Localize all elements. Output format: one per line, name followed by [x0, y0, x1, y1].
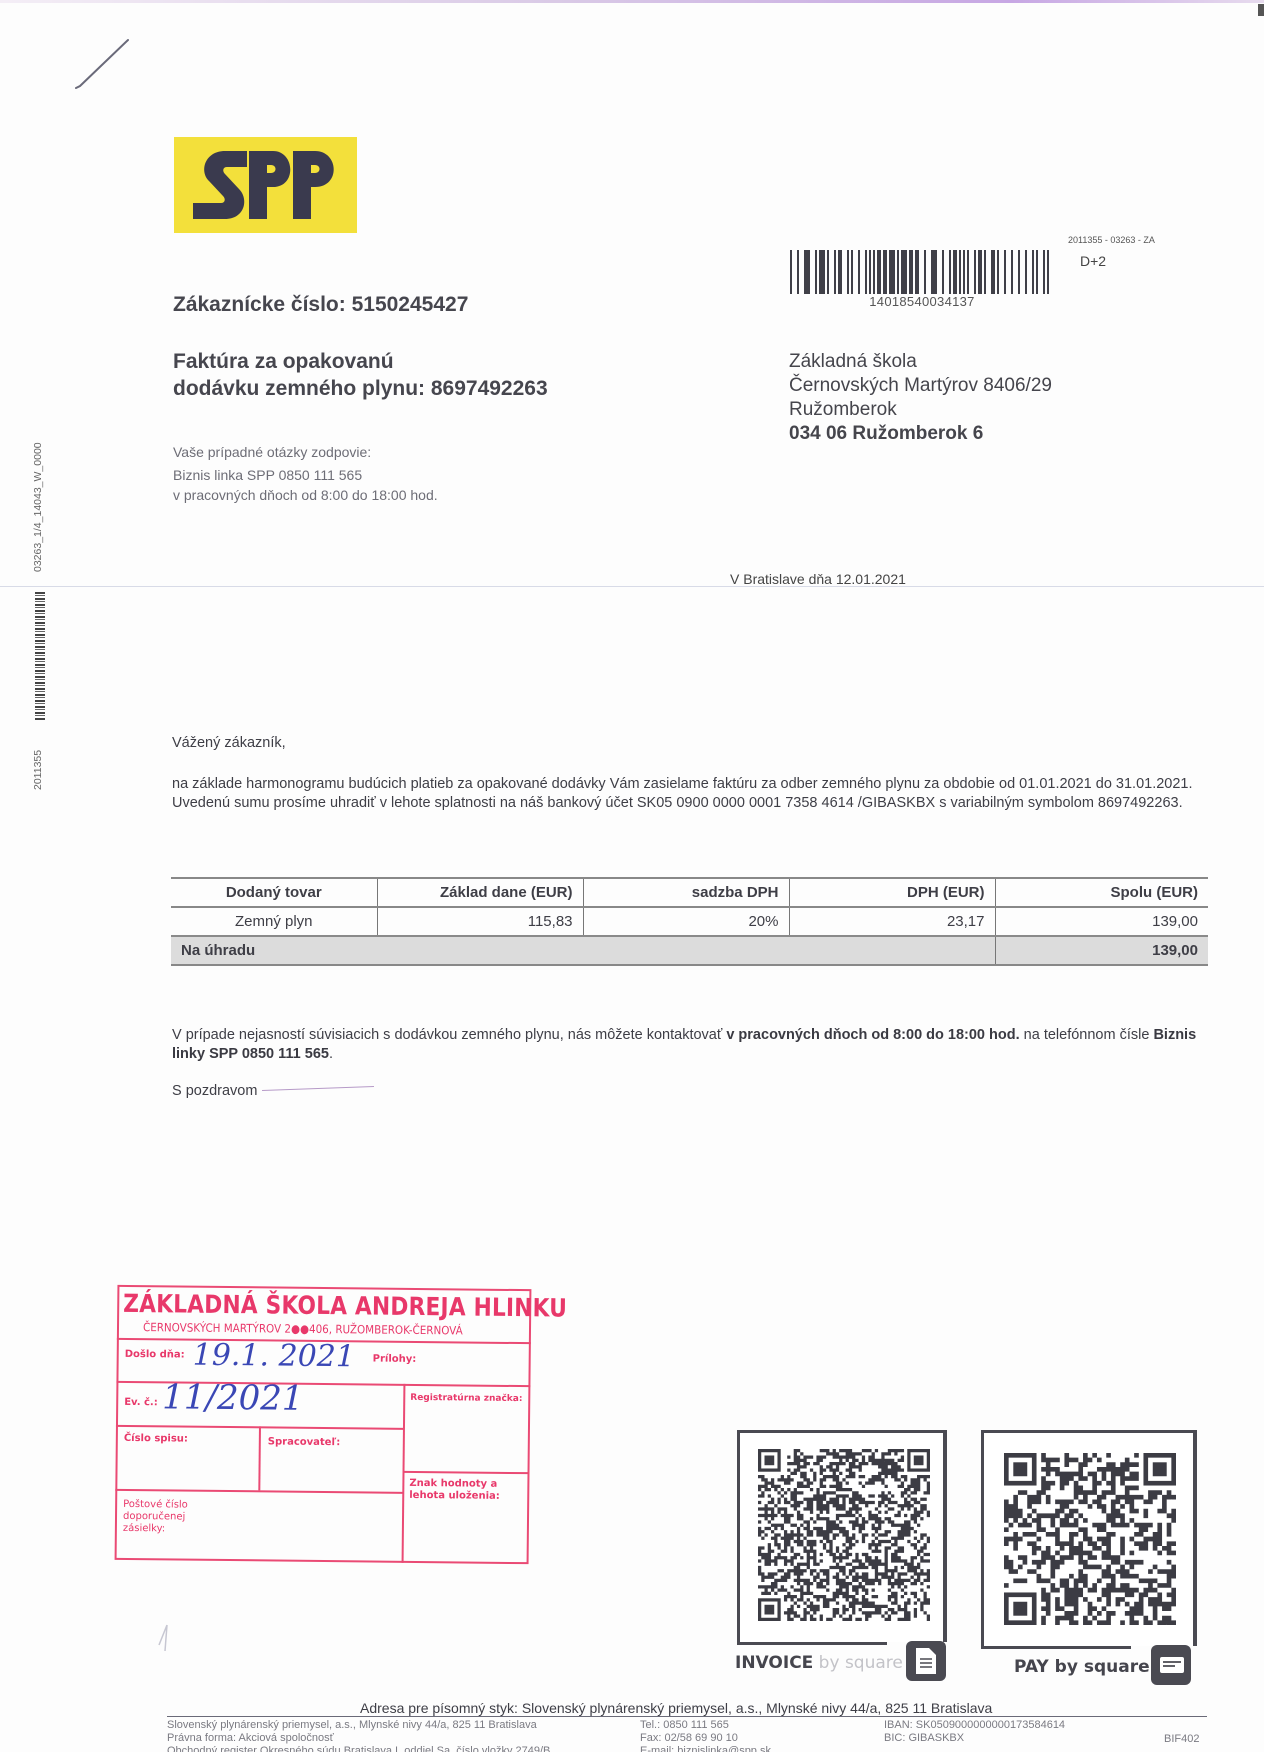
col-header-goods: Dodaný tovar	[171, 878, 377, 907]
footer-company-line: Slovenský plynárenský priemysel, a.s., M…	[167, 1719, 550, 1732]
footer-email: E-mail: biznislinka@spp.sk	[640, 1745, 771, 1752]
footer-bank: IBAN: SK0509000000000173584614 BIC: GIBA…	[884, 1719, 1065, 1745]
recipient-name: Základná škola	[789, 350, 1052, 374]
processor-label: Spracovateľ:	[268, 1436, 341, 1449]
side-code-2: 2011355	[32, 750, 44, 790]
pay-qr-code[interactable]	[1004, 1453, 1176, 1625]
col-header-total: Spolu (EUR)	[995, 878, 1208, 907]
scan-edge	[0, 0, 1264, 3]
invoice-label-light: by square	[813, 1653, 903, 1673]
customer-number: Zákaznícke číslo: 5150245427	[173, 293, 468, 317]
footer-divider	[167, 1716, 1207, 1717]
pay-qr-card	[981, 1430, 1197, 1646]
fold-line	[0, 586, 1264, 587]
card-icon	[1151, 1645, 1191, 1685]
footer-iban: IBAN: SK0509000000000173584614	[884, 1719, 1065, 1732]
barcode: 14018540034137	[790, 250, 1054, 309]
paragraph-payment: Uvedenú sumu prosíme uhradiť v lehote sp…	[172, 794, 1212, 813]
invoice-qr-card	[737, 1430, 947, 1642]
cell-tax-base: 115,83	[377, 907, 583, 936]
received-label: Došlo dňa:	[125, 1349, 185, 1362]
footer-postal-address: Adresa pre písomný styk: Slovenský plyná…	[360, 1700, 992, 1716]
recipient-street: Černovských Martýrov 8406/29	[789, 374, 1052, 398]
cell-vat-rate: 20%	[583, 907, 789, 936]
total-row: Na úhradu 139,00	[171, 936, 1208, 965]
closing-hours: v pracovných dňoch od 8:00 do 18:00 hod.	[726, 1027, 1019, 1043]
cell-total: 139,00	[995, 907, 1208, 936]
invoice-title-line2: dodávku zemného plynu: 8697492263	[173, 375, 548, 402]
footer-register: Obchodný register Okresného súdu Bratisl…	[167, 1745, 550, 1752]
closing-text-2: na telefónnom čísle	[1020, 1027, 1154, 1043]
cell-goods: Zemný plyn	[171, 907, 377, 936]
closing-text-1: V prípade nejasností súvisiacich s dodáv…	[172, 1027, 726, 1043]
barcode-bars	[790, 250, 1054, 294]
footer-legal-form: Právna forma: Akciová spoločnosť	[167, 1732, 550, 1745]
ev-label: Ev. č.:	[124, 1397, 158, 1409]
contact-intro: Vaše prípadné otázky zodpovie:	[173, 442, 438, 462]
pen-stroke-mark	[72, 36, 132, 92]
ev-number: 11/2021	[162, 1377, 304, 1418]
spp-logo-mark-icon	[191, 147, 341, 223]
reference-code: 2011355 - 03263 - ZA	[1068, 235, 1155, 245]
col-header-tax-base: Základ dane (EUR)	[377, 878, 583, 907]
total-label: Na úhradu	[171, 936, 995, 965]
barcode-number: 14018540034137	[790, 294, 1054, 309]
signature-stroke	[262, 1086, 374, 1091]
document-icon	[906, 1641, 946, 1681]
table-row: Zemný plyn 115,83 20% 23,17 139,00	[171, 907, 1208, 936]
footer-company: Slovenský plynárenský priemysel, a.s., M…	[167, 1719, 550, 1752]
registry-label: Registratúrna značka:	[410, 1392, 528, 1405]
invoice-title-line1: Faktúra za opakovanú	[173, 348, 548, 375]
file-label: Číslo spisu:	[124, 1433, 188, 1446]
signoff: S pozdravom	[172, 1083, 257, 1099]
pencil-mark	[155, 1617, 185, 1657]
registry-stamp: ZÁKLADNÁ ŠKOLA ANDREJA HLINKU ČERNOVSKÝC…	[115, 1285, 532, 1564]
pay-by-square-label: PAY by square	[1014, 1657, 1150, 1677]
footer-bic: BIC: GIBASKBX	[884, 1732, 1065, 1745]
footer-contact: Tel.: 0850 111 565 Fax: 02/58 69 90 10 E…	[640, 1719, 771, 1752]
closing-text-3: .	[329, 1046, 333, 1062]
scan-mark	[1258, 4, 1264, 16]
invoice-qr-code[interactable]	[758, 1449, 930, 1621]
total-value: 139,00	[995, 936, 1208, 965]
contact-info: Vaše prípadné otázky zodpovie: Biznis li…	[173, 442, 438, 505]
side-barcode	[35, 592, 45, 720]
side-code-1: 03263_1/4_14043_W_0000	[32, 442, 44, 572]
closing-paragraph: V prípade nejasností súvisiacich s dodáv…	[172, 1026, 1212, 1064]
attachments-label: Prílohy:	[373, 1354, 417, 1366]
value-label: Znak hodnoty a lehota uloženia:	[409, 1478, 519, 1503]
postal-label: Poštové číslo doporučenej zásielky:	[123, 1499, 203, 1536]
invoice-label-bold: INVOICE	[735, 1653, 813, 1673]
cell-vat: 23,17	[789, 907, 995, 936]
qr-frame-bottom	[981, 1646, 1131, 1649]
recipient-address: Základná škola Černovských Martýrov 8406…	[789, 350, 1052, 446]
paragraph-period: na základe harmonogramu budúcich platieb…	[172, 775, 1212, 794]
spp-logo	[174, 137, 357, 233]
place-date: V Bratislave dňa 12.01.2021	[730, 571, 906, 587]
recipient-city: Ružomberok	[789, 398, 1052, 422]
invoice-table: Dodaný tovar Základ dane (EUR) sadzba DP…	[171, 877, 1208, 966]
footer-phone: Tel.: 0850 111 565	[640, 1719, 771, 1732]
footer-fax: Fax: 02/58 69 90 10	[640, 1732, 771, 1745]
stamp-title: ZÁKLADNÁ ŠKOLA ANDREJA HLINKU	[123, 1289, 567, 1323]
qr-frame-bottom	[737, 1642, 887, 1645]
contact-line: Biznis linka SPP 0850 111 565	[173, 465, 438, 485]
contact-hours: v pracovných dňoch od 8:00 do 18:00 hod.	[173, 485, 438, 505]
delivery-code: D+2	[1080, 253, 1106, 269]
recipient-postal: 034 06 Ružomberok 6	[789, 422, 1052, 446]
invoice-by-square-label: INVOICE by square	[735, 1653, 903, 1673]
letter-body: na základe harmonogramu budúcich platieb…	[172, 775, 1212, 813]
col-header-vat-rate: sadzba DPH	[583, 878, 789, 907]
table-header-row: Dodaný tovar Základ dane (EUR) sadzba DP…	[171, 878, 1208, 907]
invoice-title: Faktúra za opakovanú dodávku zemného ply…	[173, 348, 548, 402]
greeting: Vážený zákazník,	[172, 735, 286, 751]
received-date: 19.1. 2021	[193, 1338, 356, 1375]
form-code: BIF402	[1164, 1733, 1199, 1745]
col-header-vat: DPH (EUR)	[789, 878, 995, 907]
